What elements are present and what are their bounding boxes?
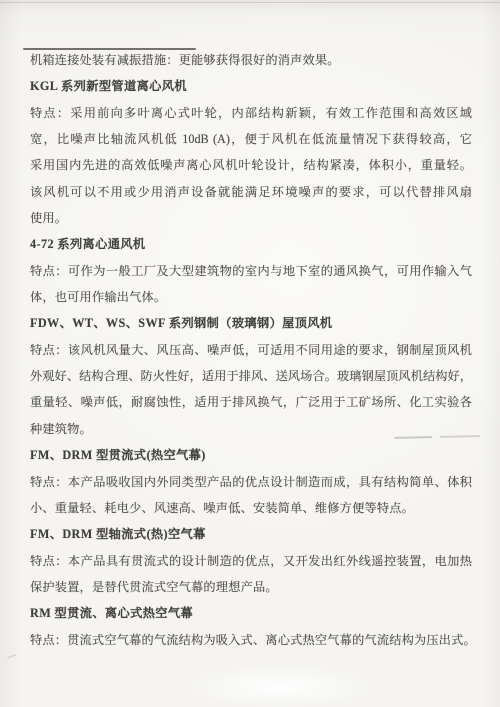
text-line: 外观好、结构合理、防火性好，适用于排风、送风场合。玻璃钢屋顶风机结构好，: [30, 363, 472, 389]
text-line: 保护装置，是替代贯流式空气幕的理想产品。: [30, 574, 472, 600]
document-text-block: 机箱连接处装有减振措施：更能够获得很好的消声效果。 KGL 系列新型管道离心风机…: [30, 47, 472, 653]
text-line: 重量轻、噪声低，耐腐蚀性，适用于排风换气，广泛用于工矿场所、化工实验各: [30, 389, 472, 415]
scan-top-edge-line: [0, 2, 500, 3]
heading-line: FDW、WT、WS、SWF 系列钢制（玻璃钢）屋顶风机: [30, 310, 472, 336]
scan-light-patch-artifact: [170, 658, 390, 707]
text-line: 特点：本产品吸收国内外同类型产品的优点设计制造而成，具有结构简单、体积: [30, 469, 472, 495]
text-line: 小、重量轻、耗电少、风速高、噪声低、安装简单、维修方便等特点。: [30, 495, 472, 521]
heading-line: FM、DRM 型贯流式(热空气幕): [30, 442, 472, 468]
text-line: 特点：可作为一般工厂及大型建筑物的室内与地下室的通风换气，可用作输入气: [30, 258, 472, 284]
text-line: 采用国内先进的高效低噪声离心风机叶轮设计，结构紧凑，体积小，重量轻。: [30, 152, 472, 178]
scanned-document-page: 机箱连接处装有减振措施：更能够获得很好的消声效果。 KGL 系列新型管道离心风机…: [0, 0, 500, 707]
text-line: 机箱连接处装有减振措施：更能够获得很好的消声效果。: [30, 47, 472, 73]
text-line: 宽，比噪声比轴流风机低 10dB (A)，便于风机在低流量情况下获得较高，它: [30, 126, 472, 152]
text-line: 特点：采用前向多叶离心式叶轮，内部结构新颖，有效工作范围和高效区域: [30, 100, 472, 126]
text-line: 使用。: [30, 205, 472, 231]
text-line: 体，也可用作输出气体。: [30, 284, 472, 310]
heading-line: 4-72 系列离心通风机: [30, 231, 472, 257]
heading-line: RM 型贯流、离心式热空气幕: [30, 600, 472, 626]
text-line: 特点：贯流式空气幕的气流结构为吸入式、离心式热空气幕的气流结构为压出式。: [30, 627, 472, 653]
text-line: 种建筑物。: [30, 416, 472, 442]
text-line: 特点：该风机风量大、风压高、噪声低，可适用不同用途的要求，钢制屋顶风机: [30, 337, 472, 363]
heading-line: KGL 系列新型管道离心风机: [30, 73, 472, 99]
heading-line: FM、DRM 型轴流式(热)空气幕: [30, 521, 472, 547]
text-line: 特点：本产品具有贯流式的设计制造的优点，又开发出红外线遥控装置，电加热: [30, 548, 472, 574]
text-line: 该风机可以不用或少用消声设备就能满足环境噪声的要求，可以代替排风扇: [30, 179, 472, 205]
scan-corner-mark-artifact: [5, 649, 16, 659]
